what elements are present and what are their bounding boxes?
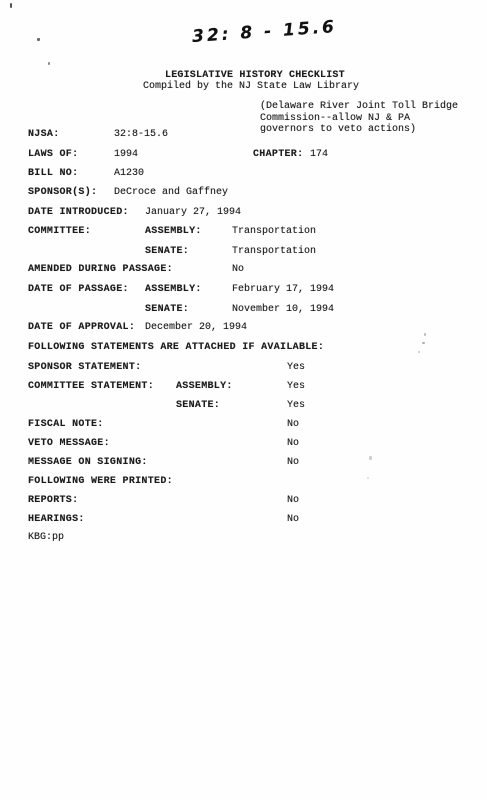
field-value: Yes: [287, 400, 305, 411]
document-subtitle: Compiled by the NJ State Law Library: [143, 81, 359, 92]
field-committee-senate: SENATE: Transportation: [0, 246, 487, 259]
field-date-of-passage-assembly: DATE OF PASSAGE: ASSEMBLY: February 17, …: [0, 284, 487, 297]
field-value: No: [287, 457, 299, 468]
field-value: Transportation: [232, 246, 316, 257]
field-value-chapter: 174: [310, 149, 328, 160]
field-label: BILL NO:: [28, 168, 78, 179]
field-sublabel: SENATE:: [176, 400, 220, 411]
preparer-initials-text: KBG:pp: [28, 532, 64, 543]
field-value: DeCroce and Gaffney: [114, 187, 228, 198]
field-reports: REPORTS: No: [0, 495, 487, 508]
field-committee-statement-assembly: COMMITTEE STATEMENT: ASSEMBLY: Yes: [0, 381, 487, 394]
field-hearings: HEARINGS: No: [0, 514, 487, 527]
field-committee-statement-senate: SENATE: Yes: [0, 400, 487, 413]
field-date-of-approval: DATE OF APPROVAL: December 20, 1994: [0, 322, 487, 335]
scanned-document-page: 32: 8 - 15.6 LEGISLATIVE HISTORY CHECKLI…: [0, 0, 487, 800]
scan-speck: [37, 38, 40, 41]
preparer-initials: KBG:pp: [0, 532, 487, 545]
field-value: December 20, 1994: [145, 322, 247, 333]
field-sublabel: ASSEMBLY:: [145, 284, 202, 295]
field-bill-no: BILL NO: A1230: [0, 168, 487, 181]
field-date-of-passage-senate: SENATE: November 10, 1994: [0, 304, 487, 317]
field-date-introduced: DATE INTRODUCED: January 27, 1994: [0, 207, 487, 220]
field-label: DATE OF APPROVAL:: [28, 322, 135, 333]
field-label: SPONSOR STATEMENT:: [28, 362, 141, 373]
field-fiscal-note: FISCAL NOTE: No: [0, 419, 487, 432]
field-label: FISCAL NOTE:: [28, 419, 104, 430]
field-value: No: [287, 419, 299, 430]
field-sublabel: ASSEMBLY:: [176, 381, 233, 392]
field-sponsors: SPONSOR(S): DeCroce and Gaffney: [0, 187, 487, 200]
field-value: No: [287, 438, 299, 449]
field-value: January 27, 1994: [145, 207, 241, 218]
bill-summary-line: Commission--allow NJ & PA: [260, 113, 458, 125]
scan-speck: [48, 62, 50, 65]
field-sublabel: SENATE:: [145, 246, 189, 257]
field-label: COMMITTEE:: [28, 226, 91, 237]
field-value: 32:8-15.6: [114, 129, 168, 140]
field-veto-message: VETO MESSAGE: No: [0, 438, 487, 451]
field-message-on-signing: MESSAGE ON SIGNING: No: [0, 457, 487, 470]
section-heading-statements: FOLLOWING STATEMENTS ARE ATTACHED IF AVA…: [0, 342, 487, 355]
field-njsa: NJSA: 32:8-15.6: [0, 129, 487, 142]
field-label: DATE INTRODUCED:: [28, 207, 129, 218]
field-laws-of: LAWS OF: 1994 CHAPTER: 174: [0, 149, 487, 162]
field-sponsor-statement: SPONSOR STATEMENT: Yes: [0, 362, 487, 375]
field-amended-during-passage: AMENDED DURING PASSAGE: No: [0, 264, 487, 277]
field-sublabel: ASSEMBLY:: [145, 226, 202, 237]
field-label: COMMITTEE STATEMENT:: [28, 381, 154, 392]
section-heading-printed: FOLLOWING WERE PRINTED:: [0, 476, 487, 489]
field-label: VETO MESSAGE:: [28, 438, 110, 449]
field-label: NJSA:: [28, 129, 60, 140]
handwritten-citation: 32: 8 - 15.6: [191, 17, 337, 47]
section-heading-label: FOLLOWING WERE PRINTED:: [28, 476, 173, 487]
field-value: February 17, 1994: [232, 284, 334, 295]
section-heading-label: FOLLOWING STATEMENTS ARE ATTACHED IF AVA…: [28, 342, 324, 353]
field-label: SPONSOR(S):: [28, 187, 97, 198]
field-value: A1230: [114, 168, 144, 179]
field-value: Yes: [287, 381, 305, 392]
bill-summary-line: (Delaware River Joint Toll Bridge: [260, 101, 458, 113]
document-title: LEGISLATIVE HISTORY CHECKLIST: [165, 70, 345, 81]
field-label-chapter: CHAPTER:: [253, 149, 303, 160]
field-label: REPORTS:: [28, 495, 78, 506]
field-label: HEARINGS:: [28, 514, 85, 525]
field-value: No: [232, 264, 244, 275]
scan-speck: [10, 3, 12, 8]
field-value: 1994: [114, 149, 138, 160]
field-label: AMENDED DURING PASSAGE:: [28, 264, 173, 275]
field-value: Transportation: [232, 226, 316, 237]
field-label: MESSAGE ON SIGNING:: [28, 457, 148, 468]
field-committee-assembly: COMMITTEE: ASSEMBLY: Transportation: [0, 226, 487, 239]
field-label: LAWS OF:: [28, 149, 78, 160]
field-sublabel: SENATE:: [145, 304, 189, 315]
field-value: No: [287, 495, 299, 506]
field-value: No: [287, 514, 299, 525]
field-value: Yes: [287, 362, 305, 373]
field-value: November 10, 1994: [232, 304, 334, 315]
field-label: DATE OF PASSAGE:: [28, 284, 129, 295]
